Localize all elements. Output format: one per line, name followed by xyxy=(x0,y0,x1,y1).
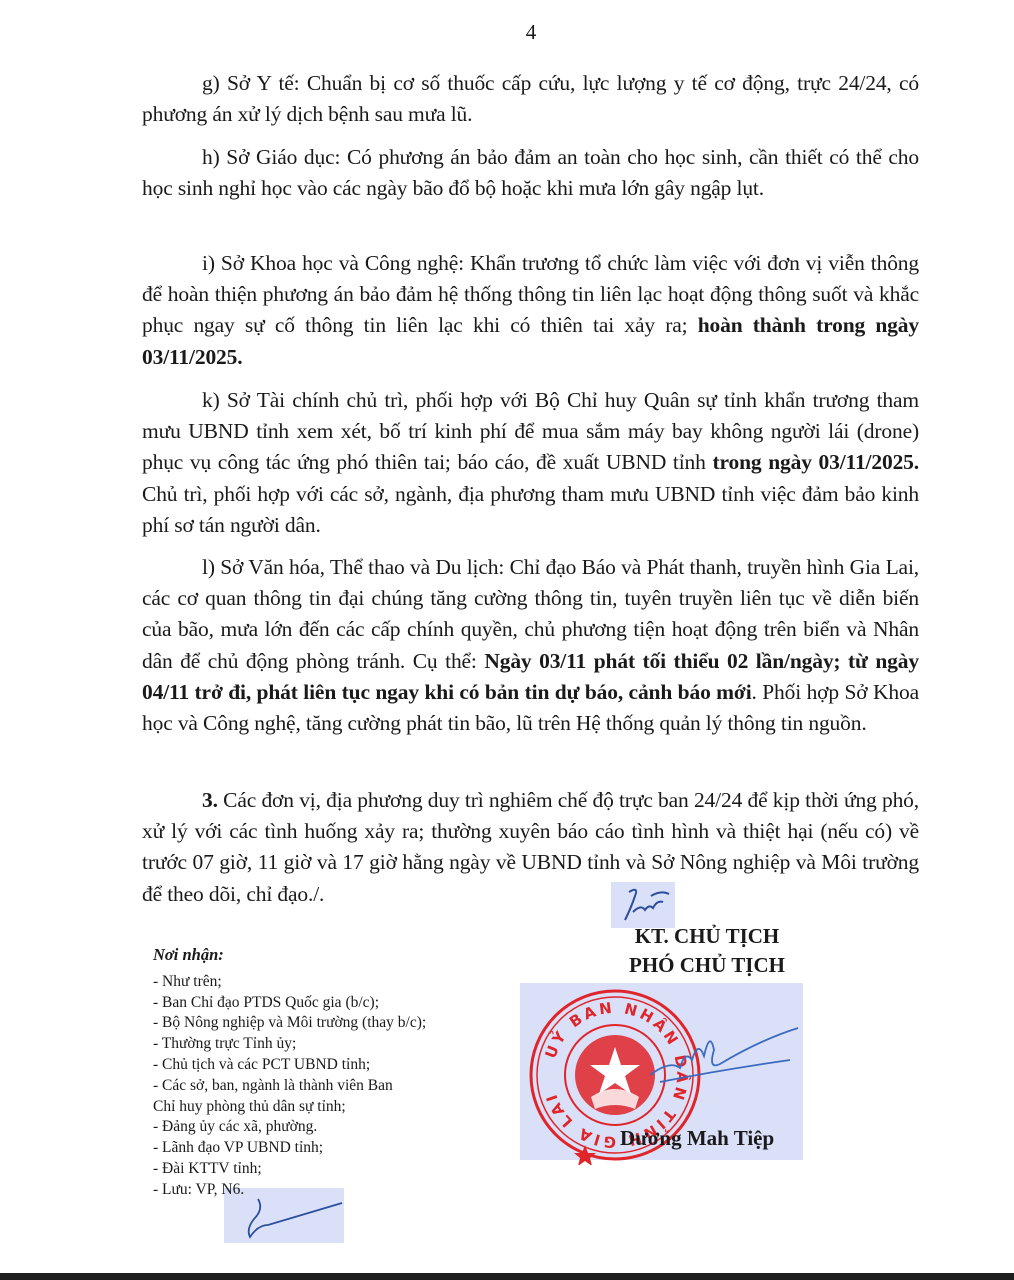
signer-name: Dương Mah Tiệp xyxy=(620,1126,774,1151)
recipient-item: - Như trên; xyxy=(153,972,493,993)
paragraph-h-text: h) Sở Giáo dục: Có phương án bảo đảm an … xyxy=(142,142,919,204)
paragraph-g: g) Sở Y tế: Chuẩn bị cơ số thuốc cấp cứu… xyxy=(142,68,919,130)
paragraph-k-deadline: trong ngày 03/11/2025. xyxy=(712,450,919,474)
recipient-item: - Chủ tịch và các PCT UBND tỉnh; xyxy=(153,1055,493,1076)
recipient-item: - Các sở, ban, ngành là thành viên Ban xyxy=(153,1076,493,1097)
section-3: 3. Các đơn vị, địa phương duy trì nghiêm… xyxy=(142,785,919,910)
paragraph-i: i) Sở Khoa học và Công nghệ: Khẩn trương… xyxy=(142,248,919,373)
archive-initial-icon xyxy=(228,1195,344,1241)
recipient-item: - Đài KTTV tỉnh; xyxy=(153,1159,493,1180)
paragraph-h: h) Sở Giáo dục: Có phương án bảo đảm an … xyxy=(142,142,919,204)
paragraph-k-text-2: Chủ trì, phối hợp với các sở, ngành, địa… xyxy=(142,482,919,537)
paragraph-g-text: g) Sở Y tế: Chuẩn bị cơ số thuốc cấp cứu… xyxy=(142,68,919,130)
recipient-item: - Ban Chỉ đạo PTDS Quốc gia (b/c); xyxy=(153,993,493,1014)
recipient-item: - Thường trực Tỉnh ủy; xyxy=(153,1034,493,1055)
recipient-item: - Bộ Nông nghiệp và Môi trường (thay b/c… xyxy=(153,1013,493,1034)
section-3-text: Các đơn vị, địa phương duy trì nghiêm ch… xyxy=(142,788,919,906)
recipient-item: Chỉ huy phòng thủ dân sự tỉnh; xyxy=(153,1097,493,1118)
bottom-bar xyxy=(0,1273,1014,1280)
section-3-number: 3. xyxy=(202,788,218,812)
paragraph-k: k) Sở Tài chính chủ trì, phối hợp với Bộ… xyxy=(142,385,919,541)
signature-title-block: KT. CHỦ TỊCH PHÓ CHỦ TỊCH xyxy=(592,922,822,979)
recipients-title: Nơi nhận: xyxy=(153,945,493,966)
recipients-list: - Như trên;- Ban Chỉ đạo PTDS Quốc gia (… xyxy=(153,972,493,1201)
recipients-block: Nơi nhận: - Như trên;- Ban Chỉ đạo PTDS … xyxy=(153,945,493,1201)
paragraph-l: l) Sở Văn hóa, Thể thao và Du lịch: Chỉ … xyxy=(142,552,919,739)
signature-title-line2: PHÓ CHỦ TỊCH xyxy=(592,951,822,980)
signature-title-line1: KT. CHỦ TỊCH xyxy=(592,922,822,951)
initials-icon xyxy=(615,882,675,926)
handwritten-signature-icon xyxy=(650,1020,800,1100)
recipient-item: - Đảng ủy các xã, phường. xyxy=(153,1117,493,1138)
page-number: 4 xyxy=(0,20,1014,45)
recipient-item: - Lãnh đạo VP UBND tỉnh; xyxy=(153,1138,493,1159)
